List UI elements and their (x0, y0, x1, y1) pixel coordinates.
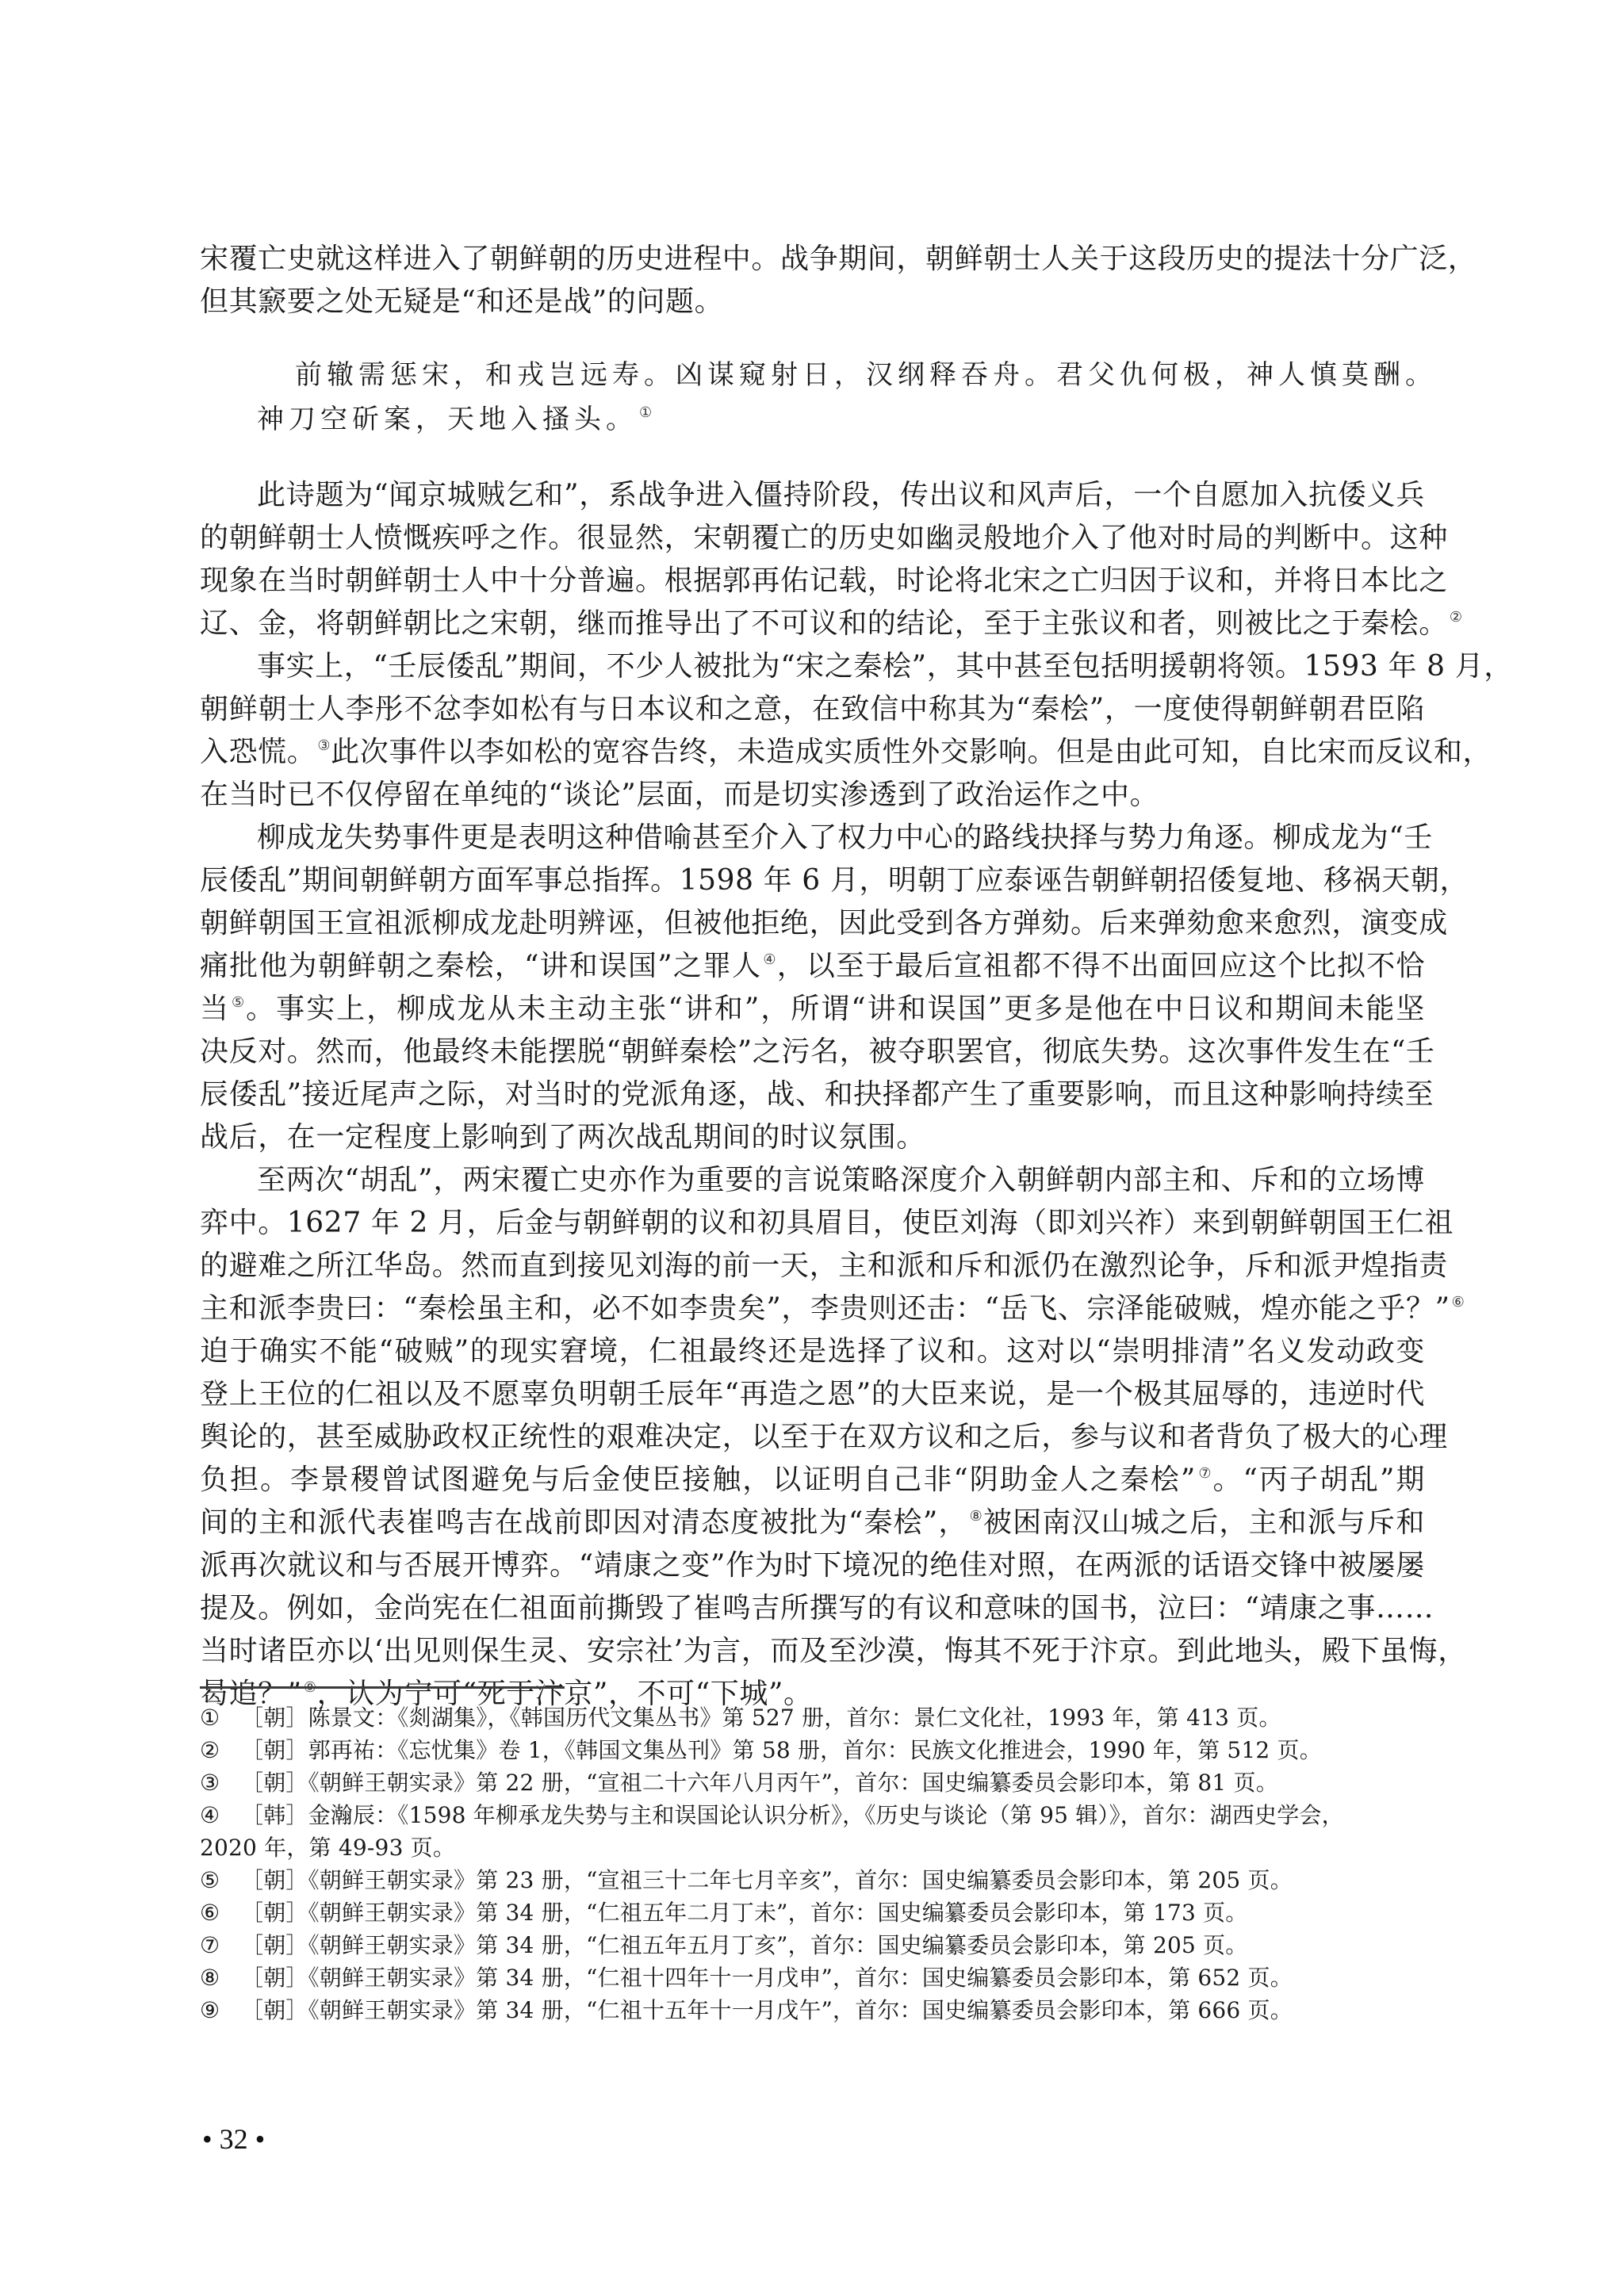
footnote-number: ④ (200, 1799, 241, 1831)
intro-paragraph: 宋覆亡史就这样进入了朝鲜朝的历史进程中。战争期间，朝鲜朝士人关于这段历史的提法十… (200, 238, 1425, 323)
body-line: 宋覆亡史就这样进入了朝鲜朝的历史进程中。战争期间，朝鲜朝士人关于这段历史的提法十… (200, 238, 1425, 281)
footnotes: ①［朝］陈景文：《剡湖集》，《韩国历代文集丛书》第 527 册，首尔：景仁文化社… (200, 1701, 1425, 2026)
body-line-text: ，以至于最后宣祖都不得不出面回应这个比拟不恰 (777, 950, 1425, 982)
footnote-ref[interactable]: ④ (763, 951, 776, 968)
body-line: 至两次“胡乱”，两宋覆亡史亦作为重要的言说策略深度介入朝鲜朝内部主和、斥和的立场… (200, 1159, 1425, 1202)
body-line: 的朝鲜朝士人愤慨疾呼之作。很显然，宋朝覆亡的历史如幽灵般地介入了他对时局的判断中… (200, 517, 1425, 560)
body-line-text: 间的主和派代表崔鸣吉在战前即因对清态度被批为“秦桧”， (200, 1506, 968, 1539)
body-line: 朝鲜朝士人李彤不忿李如松有与日本议和之意，在致信中称其为“秦桧”，一度使得朝鲜朝… (200, 688, 1425, 731)
body-line-text: 入恐慌。 (200, 736, 316, 768)
footnote-number: ⑦ (200, 1929, 241, 1961)
footnote-text: ［朝］《朝鲜王朝实录》第 23 册，“宣祖三十二年七月辛亥”，首尔：国史编纂委员… (241, 1867, 1293, 1893)
footnote-ref[interactable]: ⑤ (232, 994, 246, 1011)
footnote-number: ⑤ (200, 1864, 241, 1896)
footnote-item: ③［朝］《朝鲜王朝实录》第 22 册，“宣祖二十六年八月丙午”，首尔：国史编纂委… (200, 1766, 1425, 1799)
body-line: 提及。例如，金尚宪在仁祖面前撕毁了崔鸣吉所撰写的有议和意味的国书，泣曰：“靖康之… (200, 1587, 1425, 1630)
footnote-number: ③ (200, 1766, 241, 1799)
body-line: 此诗题为“闻京城贼乞和”，系战争进入僵持阶段，传出议和风声后，一个自愿加入抗倭义… (200, 474, 1425, 517)
body-line-text: 。事实上，柳成龙从未主动主张“讲和”，所谓“讲和误国”更多是他在中日议和期间未能… (246, 993, 1425, 1025)
body-line: 朝鲜朝国王宣祖派柳成龙赴明辨诬，但被他拒绝，因此受到各方弹劾。后来弹劾愈来愈烈，… (200, 902, 1425, 945)
body-line: 间的主和派代表崔鸣吉在战前即因对清态度被批为“秦桧”，⑧被困南汉山城之后，主和派… (200, 1502, 1425, 1544)
body-line: 现象在当时朝鲜朝士人中十分普遍。根据郭再佑记载，时论将北宋之亡归因于议和，并将日… (200, 560, 1425, 603)
footnote-text: ［朝］《朝鲜王朝实录》第 34 册，“仁祖十四年十一月戊申”，首尔：国史编纂委员… (241, 1965, 1293, 1991)
footnote-item: ②［朝］郭再祐：《忘忧集》卷 1，《韩国文集丛刊》第 58 册，首尔：民族文化推… (200, 1734, 1425, 1766)
poem-line: 前辙需惩宋，和戎岂远寿。凶谋窥射日，汉纲释吞舟。君父仇何极，神人慎莫酬。 (200, 353, 1425, 397)
body-line: 柳成龙失势事件更是表明这种借喻甚至介入了权力中心的路线抉择与势力角逐。柳成龙为“… (200, 817, 1425, 859)
paragraph-1: 此诗题为“闻京城贼乞和”，系战争进入僵持阶段，传出议和风声后，一个自愿加入抗倭义… (200, 474, 1425, 645)
body-line: 决反对。然而，他最终未能摆脱“朝鲜秦桧”之污名，被夺职罢官，彻底失势。这次事件发… (200, 1031, 1425, 1073)
footnote-text: ［朝］郭再祐：《忘忧集》卷 1，《韩国文集丛刊》第 58 册，首尔：民族文化推进… (241, 1737, 1322, 1763)
footnote-item: ⑨［朝］《朝鲜王朝实录》第 34 册，“仁祖十五年十一月戊午”，首尔：国史编纂委… (200, 1994, 1425, 2026)
body-line-text: 辽、金，将朝鲜朝比之宋朝，继而推导出了不可议和的结论，至于主张议和者，则被比之于… (200, 607, 1448, 640)
poem-line: 神刀空斫案，天地入搔头。① (200, 397, 1425, 442)
footnote-item: ⑧［朝］《朝鲜王朝实录》第 34 册，“仁祖十四年十一月戊申”，首尔：国史编纂委… (200, 1961, 1425, 1994)
body-line: 痛批他为朝鲜朝之秦桧，“讲和误国”之罪人④，以至于最后宣祖都不得不出面回应这个比… (200, 945, 1425, 988)
body-line: 负担。李景稷曾试图避免与后金使臣接触，以证明自己非“阴助金人之秦桧”⑦。“丙子胡… (200, 1459, 1425, 1502)
body-line-text: 负担。李景稷曾试图避免与后金使臣接触，以证明自己非“阴助金人之秦桧” (200, 1464, 1196, 1496)
body-line: 主和派李贵曰：“秦桧虽主和，必不如李贵矣”，李贵则还击：“岳飞、宗泽能破贼，煌亦… (200, 1288, 1425, 1330)
poem-line-text: 神刀空斫案，天地入搔头。 (257, 404, 638, 435)
footnote-ref[interactable]: ⑥ (1452, 1294, 1465, 1311)
footnote-item: ⑦［朝］《朝鲜王朝实录》第 34 册，“仁祖五年五月丁亥”，首尔：国史编纂委员会… (200, 1929, 1425, 1961)
body-line: 辽、金，将朝鲜朝比之宋朝，继而推导出了不可议和的结论，至于主张议和者，则被比之于… (200, 603, 1425, 645)
body-line: 迫于确实不能“破贼”的现实窘境，仁祖最终还是选择了议和。这对以“崇明排清”名义发… (200, 1330, 1425, 1373)
footnote-ref[interactable]: ③ (317, 737, 331, 754)
footnote-item: ⑤［朝］《朝鲜王朝实录》第 23 册，“宣祖三十二年七月辛亥”，首尔：国史编纂委… (200, 1864, 1425, 1896)
body-line: 的避难之所江华岛。然而直到接见刘海的前一天，主和派和斥和派仍在激烈论争，斥和派尹… (200, 1245, 1425, 1288)
footnote-ref[interactable]: ① (639, 404, 657, 421)
poem-quote: 前辙需惩宋，和戎岂远寿。凶谋窥射日，汉纲释吞舟。君父仇何极，神人慎莫酬。 神刀空… (200, 353, 1425, 442)
body-line: 当时诸臣亦以‘出见则保生灵、安宗社’为言，而及至沙漠，悔其不死于汴京。到此地头，… (200, 1630, 1425, 1673)
body-line: 登上王位的仁祖以及不愿辜负明朝壬辰年“再造之恩”的大臣来说，是一个极其屈辱的，违… (200, 1373, 1425, 1416)
body-line-text: 。“丙子胡乱”期 (1212, 1464, 1425, 1496)
document-page: 宋覆亡史就这样进入了朝鲜朝的历史进程中。战争期间，朝鲜朝士人关于这段历史的提法十… (0, 0, 1624, 2296)
body-line-text: 痛批他为朝鲜朝之秦桧，“讲和误国”之罪人 (200, 950, 761, 982)
body-line: 辰倭乱”期间朝鲜朝方面军事总指挥。1598 年 6 月，明朝丁应泰诬告朝鲜朝招倭… (200, 859, 1425, 902)
footnote-ref[interactable]: ⑧ (970, 1508, 983, 1525)
footnote-ref[interactable]: ② (1450, 609, 1463, 626)
footnote-text: ［朝］《朝鲜王朝实录》第 34 册，“仁祖五年二月丁未”，首尔：国史编纂委员会影… (241, 1900, 1248, 1926)
footnote-number: ② (200, 1734, 241, 1766)
body-line: 舆论的，甚至威胁政权正统性的艰难决定，以至于在双方议和之后，参与议和者背负了极大… (200, 1416, 1425, 1459)
footnote-number: ① (200, 1701, 241, 1734)
body-line: 在当时已不仅停留在单纯的“谈论”层面，而是切实渗透到了政治运作之中。 (200, 774, 1425, 817)
body-line: 弈中。1627 年 2 月，后金与朝鲜朝的议和初具眉目，使臣刘海（即刘兴祚）来到… (200, 1202, 1425, 1245)
footnote-item: ④［韩］金瀚辰：《1598 年柳承龙失势与主和误国论认识分析》，《历史与谈论（第… (200, 1799, 1425, 1831)
body-line: 但其窾要之处无疑是“和还是战”的问题。 (200, 281, 1425, 323)
footnote-number: ⑧ (200, 1961, 241, 1994)
footnote-item: ⑥［朝］《朝鲜王朝实录》第 34 册，“仁祖五年二月丁未”，首尔：国史编纂委员会… (200, 1896, 1425, 1929)
body-line-text: 此次事件以李如松的宽容告终，未造成实质性外交影响。但是由此可知，自比宋而反议和， (331, 736, 1492, 768)
footnote-number: ⑨ (200, 1994, 241, 2026)
body-line-text: 当 (200, 993, 230, 1025)
body-line: 战后，在一定程度上影响到了两次战乱期间的时议氛围。 (200, 1116, 1425, 1159)
footnote-continuation: 2020 年，第 49-93 页。 (200, 1831, 1425, 1864)
body-line: 当⑤。事实上，柳成龙从未主动主张“讲和”，所谓“讲和误国”更多是他在中日议和期间… (200, 988, 1425, 1031)
footnote-text: ［朝］陈景文：《剡湖集》，《韩国历代文集丛书》第 527 册，首尔：景仁文化社，… (241, 1705, 1281, 1731)
footnote-number: ⑥ (200, 1896, 241, 1929)
page-number: • 32 • (202, 2123, 265, 2155)
footnote-text: ［朝］《朝鲜王朝实录》第 34 册，“仁祖五年五月丁亥”，首尔：国史编纂委员会影… (241, 1932, 1248, 1958)
paragraph-2: 事实上，“壬辰倭乱”期间，不少人被批为“宋之秦桧”，其中甚至包括明援朝将领。15… (200, 645, 1425, 817)
footnote-ref[interactable]: ⑦ (1197, 1465, 1213, 1482)
body-line: 派再次就议和与否展开博弈。“靖康之变”作为时下境况的绝佳对照，在两派的话语交锋中… (200, 1544, 1425, 1587)
footnote-text: ［韩］金瀚辰：《1598 年柳承龙失势与主和误国论认识分析》，《历史与谈论（第 … (241, 1802, 1344, 1828)
footnote-item: ①［朝］陈景文：《剡湖集》，《韩国历代文集丛书》第 527 册，首尔：景仁文化社… (200, 1701, 1425, 1734)
paragraph-4: 至两次“胡乱”，两宋覆亡史亦作为重要的言说策略深度介入朝鲜朝内部主和、斥和的立场… (200, 1159, 1425, 1716)
body-line-text: 被困南汉山城之后，主和派与斥和 (983, 1506, 1425, 1539)
body-line-text: 主和派李贵曰：“秦桧虽主和，必不如李贵矣”，李贵则还击：“岳飞、宗泽能破贼，煌亦… (200, 1292, 1450, 1325)
body-line: 入恐慌。③此次事件以李如松的宽容告终，未造成实质性外交影响。但是由此可知，自比宋… (200, 731, 1425, 774)
paragraph-3: 柳成龙失势事件更是表明这种借喻甚至介入了权力中心的路线抉择与势力角逐。柳成龙为“… (200, 817, 1425, 1159)
body-line: 辰倭乱”接近尾声之际，对当时的党派角逐，战、和抉择都产生了重要影响，而且这种影响… (200, 1073, 1425, 1116)
footnote-divider (200, 1686, 565, 1689)
body-line: 事实上，“壬辰倭乱”期间，不少人被批为“宋之秦桧”，其中甚至包括明援朝将领。15… (200, 645, 1425, 688)
footnote-text: ［朝］《朝鲜王朝实录》第 34 册，“仁祖十五年十一月戊午”，首尔：国史编纂委员… (241, 1997, 1293, 2023)
footnote-text: ［朝］《朝鲜王朝实录》第 22 册，“宣祖二十六年八月丙午”，首尔：国史编纂委员… (241, 1770, 1278, 1796)
